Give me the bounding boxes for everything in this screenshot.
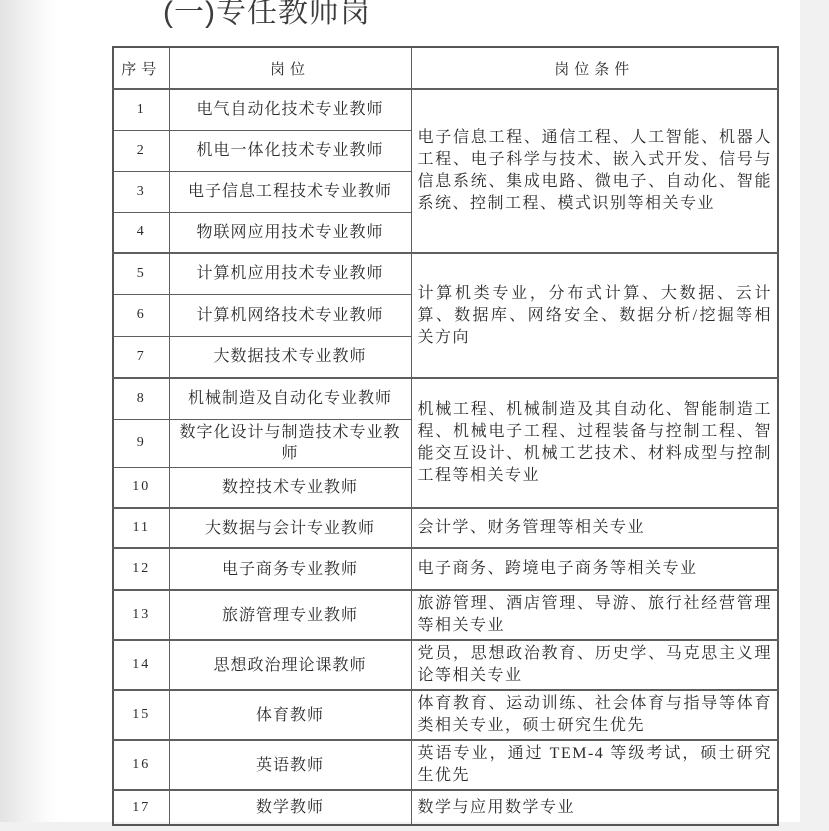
document-canvas: (一)专任教师岗 序号 岗位 岗位条件 1电气自动化技术专业教师电子信息工程、通… (0, 0, 829, 831)
cell-position: 数字化设计与制造技术专业教师 (169, 419, 411, 467)
cell-seq-no: 16 (113, 740, 169, 790)
table-row: 13旅游管理专业教师旅游管理、酒店管理、导游、旅行社经营管理等相关专业 (113, 590, 778, 640)
cell-seq-no: 11 (113, 508, 169, 548)
cell-condition: 党员，思想政治教育、历史学、马克思主义理论等相关专业 (411, 640, 778, 690)
cell-seq-no: 9 (113, 419, 169, 467)
header-seq-no: 序号 (113, 47, 169, 89)
cell-position: 机械制造及自动化专业教师 (169, 378, 411, 419)
cell-position: 旅游管理专业教师 (169, 590, 411, 640)
table-row: 17数学教师数学与应用数学专业 (113, 790, 778, 825)
cell-seq-no: 4 (113, 212, 169, 253)
positions-table: 序号 岗位 岗位条件 1电气自动化技术专业教师电子信息工程、通信工程、人工智能、… (112, 46, 779, 826)
cell-position: 计算机应用技术专业教师 (169, 253, 411, 294)
cell-position: 物联网应用技术专业教师 (169, 212, 411, 253)
cell-seq-no: 14 (113, 640, 169, 690)
header-position: 岗位 (169, 47, 411, 89)
cell-position: 体育教师 (169, 690, 411, 740)
cell-seq-no: 5 (113, 253, 169, 294)
header-condition: 岗位条件 (411, 47, 778, 89)
table-row: 16英语教师英语专业，通过 TEM-4 等级考试，硕士研究生优先 (113, 740, 778, 790)
table-row: 11大数据与会计专业教师会计学、财务管理等相关专业 (113, 508, 778, 548)
table-row: 12电子商务专业教师电子商务、跨境电子商务等相关专业 (113, 548, 778, 590)
cell-seq-no: 6 (113, 294, 169, 336)
cell-condition: 英语专业，通过 TEM-4 等级考试，硕士研究生优先 (411, 740, 778, 790)
cell-seq-no: 15 (113, 690, 169, 740)
table-row: 1电气自动化技术专业教师电子信息工程、通信工程、人工智能、机器人工程、电子科学与… (113, 89, 778, 130)
cell-position: 数控技术专业教师 (169, 467, 411, 508)
cell-position: 数学教师 (169, 790, 411, 825)
cell-position: 思想政治理论课教师 (169, 640, 411, 690)
cell-position: 大数据技术专业教师 (169, 336, 411, 378)
table-row: 8机械制造及自动化专业教师机械工程、机械制造及其自动化、智能制造工程、机械电子工… (113, 378, 778, 419)
table-row: 14思想政治理论课教师党员，思想政治教育、历史学、马克思主义理论等相关专业 (113, 640, 778, 690)
table-row: 15体育教师体育教育、运动训练、社会体育与指导等体育类相关专业，硕士研究生优先 (113, 690, 778, 740)
cell-position: 电子商务专业教师 (169, 548, 411, 590)
cell-position: 电气自动化技术专业教师 (169, 89, 411, 130)
cell-condition: 旅游管理、酒店管理、导游、旅行社经营管理等相关专业 (411, 590, 778, 640)
cell-condition: 电子商务、跨境电子商务等相关专业 (411, 548, 778, 590)
cell-condition: 数学与应用数学专业 (411, 790, 778, 825)
cell-seq-no: 12 (113, 548, 169, 590)
cell-seq-no: 3 (113, 171, 169, 212)
cell-seq-no: 7 (113, 336, 169, 378)
cell-condition: 体育教育、运动训练、社会体育与指导等体育类相关专业，硕士研究生优先 (411, 690, 778, 740)
cell-seq-no: 17 (113, 790, 169, 825)
section-title: (一)专任教师岗 (163, 0, 371, 32)
cell-seq-no: 1 (113, 89, 169, 130)
document-page: (一)专任教师岗 序号 岗位 岗位条件 1电气自动化技术专业教师电子信息工程、通… (0, 0, 800, 822)
cell-position: 电子信息工程技术专业教师 (169, 171, 411, 212)
cell-condition: 机械工程、机械制造及其自动化、智能制造工程、机械电子工程、过程装备与控制工程、智… (411, 378, 778, 508)
cell-seq-no: 10 (113, 467, 169, 508)
cell-condition: 会计学、财务管理等相关专业 (411, 508, 778, 548)
table-row: 5计算机应用技术专业教师计算机类专业，分布式计算、大数据、云计算、数据库、网络安… (113, 253, 778, 294)
cell-position: 大数据与会计专业教师 (169, 508, 411, 548)
cell-condition: 电子信息工程、通信工程、人工智能、机器人工程、电子科学与技术、嵌入式开发、信号与… (411, 89, 778, 253)
cell-condition: 计算机类专业，分布式计算、大数据、云计算、数据库、网络安全、数据分析/挖掘等相关… (411, 253, 778, 378)
cell-position: 机电一体化技术专业教师 (169, 130, 411, 171)
cell-position: 计算机网络技术专业教师 (169, 294, 411, 336)
cell-seq-no: 13 (113, 590, 169, 640)
cell-position: 英语教师 (169, 740, 411, 790)
table-header-row: 序号 岗位 岗位条件 (113, 47, 778, 89)
cell-seq-no: 8 (113, 378, 169, 419)
cell-seq-no: 2 (113, 130, 169, 171)
